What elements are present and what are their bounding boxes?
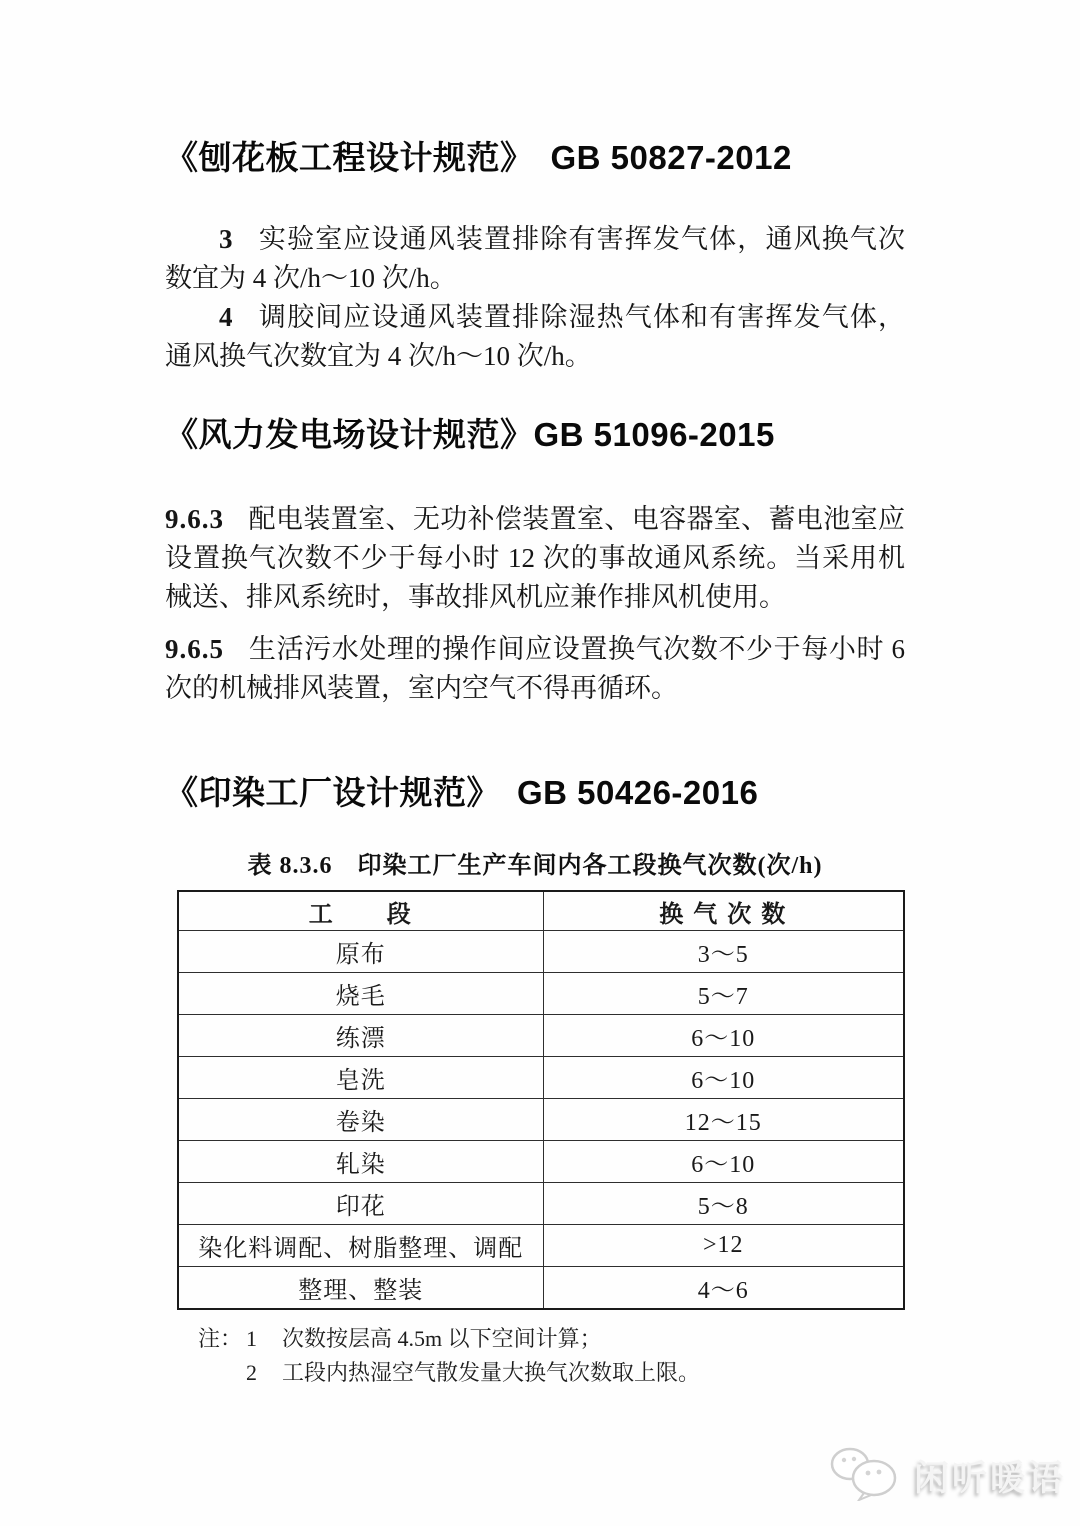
- table-row: 烧毛5～7: [178, 973, 904, 1015]
- table-row: 原布3～5: [178, 931, 904, 973]
- table-row: 卷染12～15: [178, 1099, 904, 1141]
- standard-heading-gb51096: 《风力发电场设计规范》GB 51096-2015: [165, 415, 905, 455]
- column-header-segment: 工 段: [178, 891, 543, 931]
- clause-number: 9.6.5: [165, 634, 224, 664]
- rate-cell: 6～10: [543, 1141, 904, 1183]
- note-text: 次数按层高 4.5m 以下空间计算；: [282, 1322, 602, 1356]
- rate-cell: 6～10: [543, 1057, 904, 1099]
- table-row: 轧染6～10: [178, 1141, 904, 1183]
- rate-cell: 5～7: [543, 973, 904, 1015]
- watermark: 闲听暖语: [826, 1445, 1066, 1506]
- segment-cell: 练漂: [178, 1015, 543, 1057]
- note-line: 注： 2 工段内热湿空气散发量大换气次数取上限。: [198, 1356, 905, 1390]
- table-row: 染化料调配、树脂整理、调配>12: [178, 1225, 904, 1267]
- rate-cell: >12: [543, 1225, 904, 1267]
- rate-cell: 12～15: [543, 1099, 904, 1141]
- segment-cell: 卷染: [178, 1099, 543, 1141]
- segment-cell: 原布: [178, 931, 543, 973]
- table-notes: 注： 1 次数按层高 4.5m 以下空间计算； 注： 2 工段内热湿空气散发量大…: [198, 1322, 905, 1390]
- clause-text: 调胶间应设通风装置排除湿热气体和有害挥发气体，通风换气次数宜为 4 次/h～10…: [165, 302, 905, 371]
- clause-paragraph: 9.6.5生活污水处理的操作间应设置换气次数不少于每小时 6 次的机械排风装置，…: [165, 630, 905, 708]
- rate-cell: 5～8: [543, 1183, 904, 1225]
- table-row: 整理、整装4～6: [178, 1267, 904, 1310]
- table-title: 表 8.3.6 印染工厂生产车间内各工段换气次数(次/h): [165, 845, 905, 880]
- air-change-rate-table: 工 段 换 气 次 数 原布3～5 烧毛5～7 练漂6～10 皂洗6～10 卷染…: [177, 890, 905, 1310]
- segment-cell: 皂洗: [178, 1057, 543, 1099]
- clause-paragraph: 3实验室应设通风装置排除有害挥发气体，通风换气次数宜为 4 次/h～10 次/h…: [165, 220, 905, 298]
- segment-cell: 染化料调配、树脂整理、调配: [178, 1225, 543, 1267]
- table-row: 皂洗6～10: [178, 1057, 904, 1099]
- clause-paragraph: 4调胶间应设通风装置排除湿热气体和有害挥发气体，通风换气次数宜为 4 次/h～1…: [165, 298, 905, 376]
- watermark-text: 闲听暖语: [914, 1451, 1066, 1501]
- segment-cell: 轧染: [178, 1141, 543, 1183]
- column-header-rate: 换 气 次 数: [543, 891, 904, 931]
- note-text: 工段内热湿空气散发量大换气次数取上限。: [282, 1356, 700, 1390]
- clause-paragraph: 9.6.3配电装置室、无功补偿装置室、电容器室、蓄电池室应设置换气次数不少于每小…: [165, 500, 905, 617]
- standard-heading-gb50426: 《印染工厂设计规范》 GB 50426-2016: [165, 773, 905, 813]
- segment-cell: 印花: [178, 1183, 543, 1225]
- standard-heading-gb50827: 《刨花板工程设计规范》 GB 50827-2012: [165, 138, 905, 178]
- rate-cell: 4～6: [543, 1267, 904, 1310]
- rate-cell: 3～5: [543, 931, 904, 973]
- note-label: 注：: [198, 1322, 246, 1356]
- clause-text: 生活污水处理的操作间应设置换气次数不少于每小时 6 次的机械排风装置，室内空气不…: [165, 634, 905, 703]
- clause-number: 9.6.3: [165, 504, 224, 534]
- clause-number: 3: [219, 224, 234, 254]
- note-number: 1: [246, 1322, 266, 1356]
- segment-cell: 烧毛: [178, 973, 543, 1015]
- table-header-row: 工 段 换 气 次 数: [178, 891, 904, 931]
- rate-cell: 6～10: [543, 1015, 904, 1057]
- table-row: 练漂6～10: [178, 1015, 904, 1057]
- document-page: 《刨花板工程设计规范》 GB 50827-2012 3实验室应设通风装置排除有害…: [0, 0, 1080, 1526]
- clause-text: 配电装置室、无功补偿装置室、电容器室、蓄电池室应设置换气次数不少于每小时 12 …: [165, 504, 905, 612]
- note-line: 注： 1 次数按层高 4.5m 以下空间计算；: [198, 1322, 905, 1356]
- wechat-chat-bubbles-icon: [826, 1445, 904, 1506]
- segment-cell: 整理、整装: [178, 1267, 543, 1310]
- clause-text: 实验室应设通风装置排除有害挥发气体，通风换气次数宜为 4 次/h～10 次/h。: [165, 224, 905, 293]
- note-number: 2: [246, 1356, 266, 1390]
- clause-number: 4: [219, 302, 234, 332]
- table-row: 印花5～8: [178, 1183, 904, 1225]
